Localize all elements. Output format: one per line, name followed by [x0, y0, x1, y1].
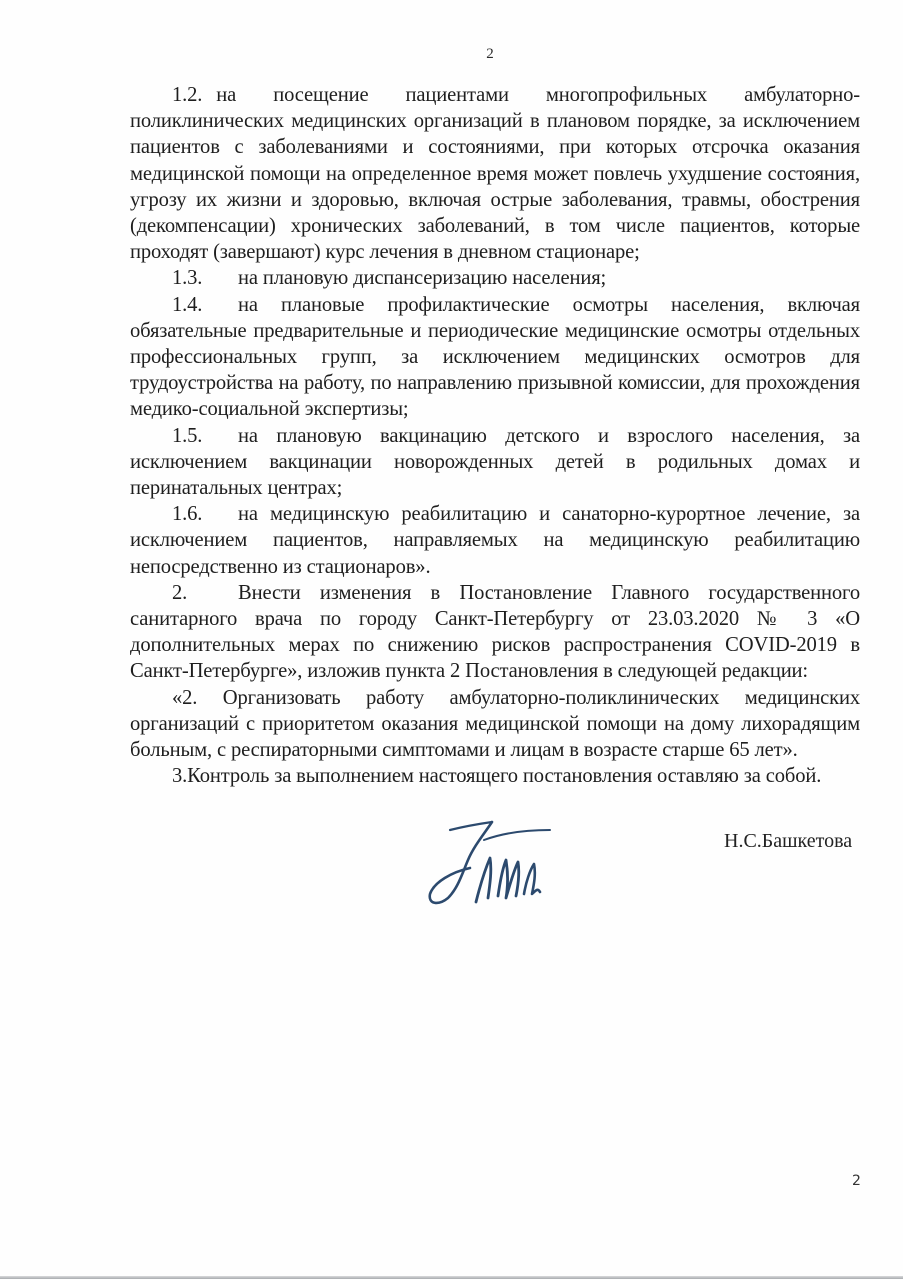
paragraph-text: Внести изменения в Постановление Главног…: [130, 582, 860, 683]
signatory-name: Н.С.Башкетова: [724, 830, 852, 853]
paragraph-text: на плановые профилактические осмотры нас…: [130, 294, 860, 421]
paragraph-text: 3.Контроль за выполнением настоящего пос…: [172, 765, 821, 787]
page-bottom-edge: [0, 1276, 903, 1279]
item-number: 1.5.: [172, 423, 238, 449]
paragraph-quoted-2: «2. Организовать работу амбулаторно-поли…: [130, 685, 860, 764]
paragraph-1-5: 1.5.на плановую вакцинацию детского и вз…: [130, 423, 860, 502]
item-number: 1.6.: [172, 501, 238, 527]
item-number: 1.3.: [172, 265, 238, 291]
page-number-top: 2: [0, 46, 903, 63]
paragraph-text: «2. Организовать работу амбулаторно-поли…: [130, 687, 860, 761]
paragraph-2: 2.Внести изменения в Постановление Главн…: [130, 580, 860, 685]
item-number: 1.4.: [172, 292, 238, 318]
item-number: 1.2.: [172, 82, 202, 108]
paragraph-text: на плановую вакцинацию детского и взросл…: [130, 425, 860, 499]
paragraph-3: 3.Контроль за выполнением настоящего пос…: [130, 763, 860, 789]
item-number: 2.: [172, 580, 238, 606]
page-number-bottom: 2: [852, 1173, 861, 1189]
paragraph-text: на плановую диспансеризацию населения;: [238, 267, 606, 289]
paragraph-1-3: 1.3.на плановую диспансеризацию населени…: [130, 265, 860, 291]
paragraph-text: на медицинскую реабилитацию и санаторно-…: [130, 503, 860, 577]
document-body: 1.2.на посещение пациентами многопрофиль…: [130, 82, 860, 789]
paragraph-1-6: 1.6.на медицинскую реабилитацию и санато…: [130, 501, 860, 580]
paragraph-1-4: 1.4.на плановые профилактические осмотры…: [130, 292, 860, 423]
document-page: 2 1.2.на посещение пациентами многопрофи…: [0, 0, 903, 1280]
paragraph-text: на посещение пациентами многопрофильных …: [130, 84, 860, 263]
paragraph-1-2: 1.2.на посещение пациентами многопрофиль…: [130, 82, 860, 265]
handwritten-signature: [418, 812, 568, 917]
